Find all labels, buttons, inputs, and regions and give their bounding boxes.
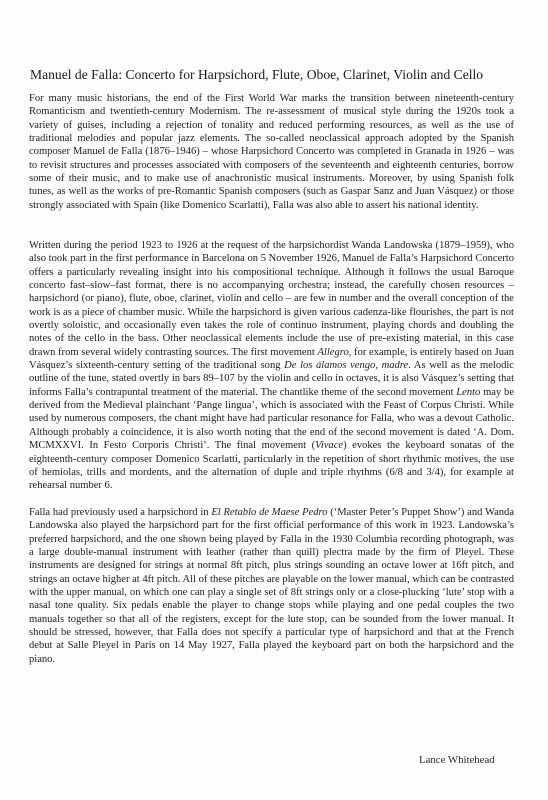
paragraph-text: For many music historians, the end of th… <box>29 92 514 212</box>
text-segment: Written during the period 1923 to 1926 a… <box>29 240 514 358</box>
paragraph-text: Written during the period 1923 to 1926 a… <box>29 239 514 493</box>
paragraph-text: Falla had previously used a harpsichord … <box>29 506 514 666</box>
italic-movement-allegro: Allegro <box>317 347 348 358</box>
paragraph-2: Written during the period 1923 to 1926 a… <box>29 239 514 493</box>
italic-song-title: De los álamos vengo, madre <box>284 360 408 371</box>
italic-movement-lento: Lento <box>456 387 480 398</box>
italic-work-title: El Retablo de Maese Pedro <box>211 507 327 518</box>
text-segment: For many music historians, the end of th… <box>29 93 514 211</box>
paragraph-1: For many music historians, the end of th… <box>29 92 514 212</box>
text-segment: Falla had previously used a harpsichord … <box>29 507 211 518</box>
document-page: Manuel de Falla: Concerto for Harpsichor… <box>0 0 548 800</box>
text-segment: (‘Master Peter’s Puppet Show’) and Wanda… <box>29 507 514 665</box>
paragraph-3: Falla had previously used a harpsichord … <box>29 506 514 666</box>
author-signature: Lance Whitehead <box>419 754 495 767</box>
italic-movement-vivace: Vivace <box>315 440 343 451</box>
document-title: Manuel de Falla: Concerto for Harpsichor… <box>30 67 530 83</box>
